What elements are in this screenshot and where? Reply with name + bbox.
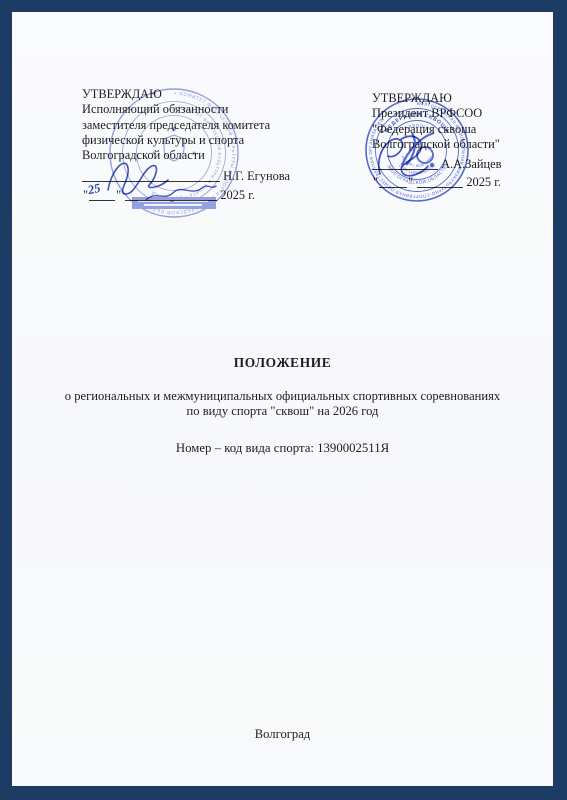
handwritten-day: 25 — [87, 181, 102, 198]
document-title: ПОЛОЖЕНИЕ — [12, 355, 553, 371]
approval-left-signee: Н.Г. Егунова — [223, 169, 290, 183]
approval-left-line: Исполняющий обязанности — [82, 102, 290, 117]
document-subtitle-line2: по виду спорта "сквош" на 2026 год — [12, 404, 553, 419]
approval-right-year: 2025 г. — [466, 175, 501, 189]
approval-block-left: УТВЕРЖДАЮ Исполняющий обязанности замест… — [82, 87, 290, 203]
approval-left-line: заместителя председателя комитета — [82, 118, 290, 133]
approval-right-line: Волгоградской области" — [372, 137, 502, 152]
signature-line-left — [82, 170, 220, 182]
footer-city: Волгоград — [12, 727, 553, 742]
sport-code-line: Номер – код вида спорта: 1390002511Я — [12, 441, 553, 456]
approval-right-line: Президент ВРФСОО — [372, 106, 502, 121]
date-close-quote: " — [115, 188, 122, 202]
scanned-document-frame: УТВЕРЖДАЮ Исполняющий обязанности замест… — [0, 0, 567, 800]
signature-line-right — [372, 158, 438, 170]
approval-right-line: "Федерация сквоша — [372, 122, 502, 137]
date-open-quote: " — [372, 175, 379, 189]
approval-left-heading: УТВЕРЖДАЮ — [82, 87, 290, 102]
approval-left-line: Волгоградской области — [82, 148, 290, 163]
approval-block-right: УТВЕРЖДАЮ Президент ВРФСОО "Федерация ск… — [372, 91, 502, 191]
date-day-line-right — [379, 176, 407, 188]
approval-left-date-row: "" 2025 г. — [82, 188, 290, 203]
date-close-quote: " — [407, 175, 414, 189]
approval-right-signature-row: А.А.Зайцев — [372, 157, 502, 172]
document-page: УТВЕРЖДАЮ Исполняющий обязанности замест… — [12, 12, 553, 786]
date-month-line-right — [417, 176, 463, 188]
approval-left-signature-row: Н.Г. Егунова — [82, 169, 290, 184]
date-month-line-left — [125, 189, 217, 201]
approval-right-heading: УТВЕРЖДАЮ — [372, 91, 502, 106]
approval-right-date-row: "" 2025 г. — [372, 175, 502, 190]
approval-left-line: физической культуры и спорта — [82, 133, 290, 148]
approval-right-signee: А.А.Зайцев — [441, 157, 501, 171]
approval-left-year: 2025 г. — [220, 188, 255, 202]
document-subtitle-line1: о региональных и межмуниципальных официа… — [12, 389, 553, 404]
